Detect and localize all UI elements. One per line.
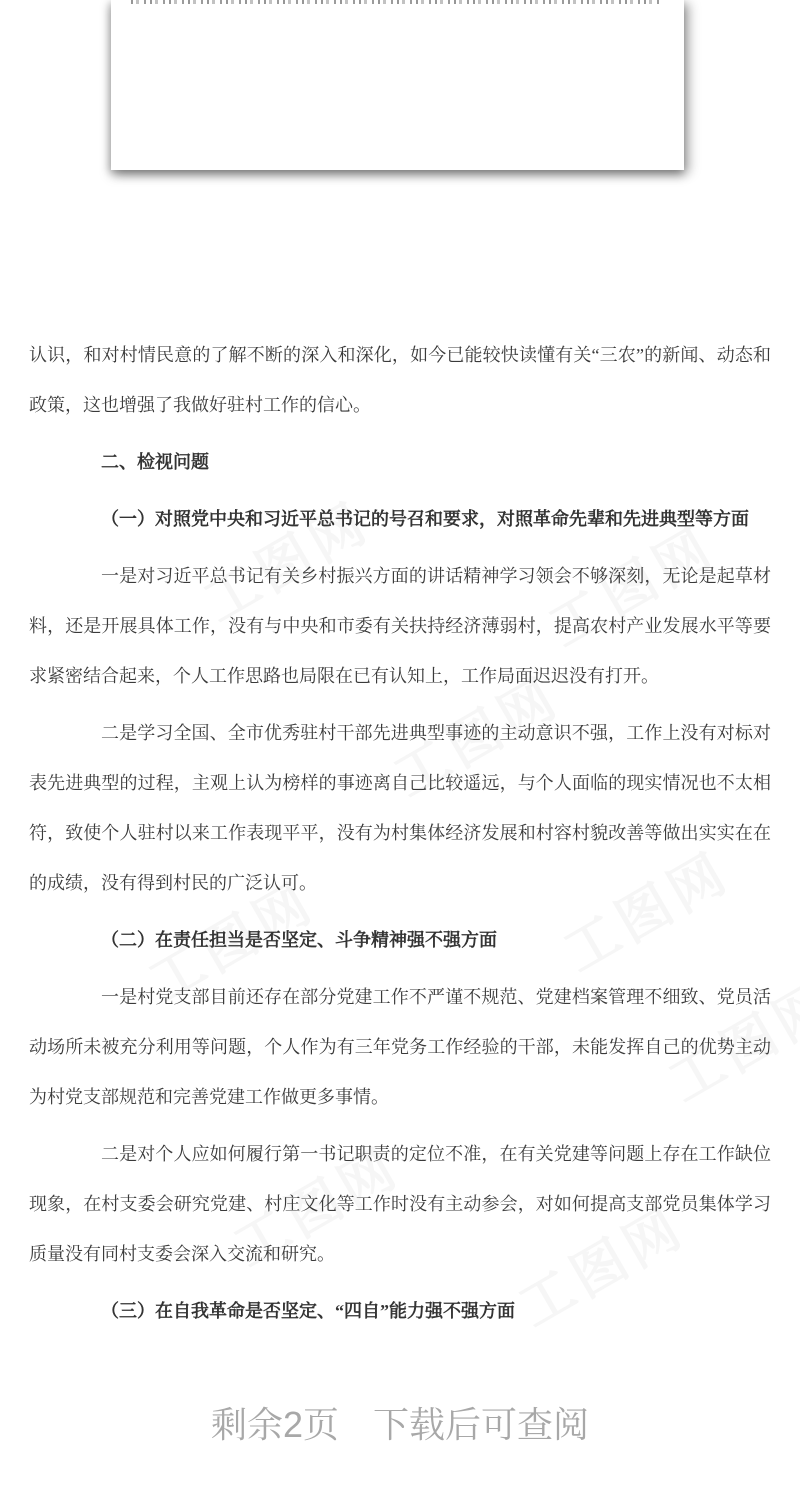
preview-page-card [111, 0, 684, 170]
paragraph: 一是对习近平总书记有关乡村振兴方面的讲话精神学习领会不够深刻，无论是起草材料，还… [29, 551, 771, 701]
clipped-text-remnant [131, 0, 659, 4]
section-heading: （三）在自我革命是否坚定、“四自”能力强不强方面 [29, 1286, 771, 1336]
pages-remaining-label: 剩余2页 [211, 1400, 339, 1450]
paragraph: 认识，和对村情民意的了解不断的深入和深化，如今已能较快读懂有关“三农”的新闻、动… [29, 330, 771, 430]
paragraph: 二是学习全国、全市优秀驻村干部先进典型事迹的主动意识不强，工作上没有对标对表先进… [29, 708, 771, 908]
download-hint-label: 下载后可查阅 [373, 1400, 589, 1450]
section-heading: （二）在责任担当是否坚定、斗争精神强不强方面 [29, 915, 771, 965]
preview-footer: 剩余2页 下载后可查阅 [0, 1400, 800, 1450]
document-body: 认识，和对村情民意的了解不断的深入和深化，如今已能较快读懂有关“三农”的新闻、动… [0, 330, 800, 1343]
section-heading: （一）对照党中央和习近平总书记的号召和要求，对照革命先辈和先进典型等方面 [29, 494, 771, 544]
paragraph: 二是对个人应如何履行第一书记职责的定位不准，在有关党建等问题上存在工作缺位现象，… [29, 1129, 771, 1279]
section-heading: 二、检视问题 [29, 437, 771, 487]
paragraph: 一是村党支部目前还存在部分党建工作不严谨不规范、党建档案管理不细致、党员活动场所… [29, 972, 771, 1122]
